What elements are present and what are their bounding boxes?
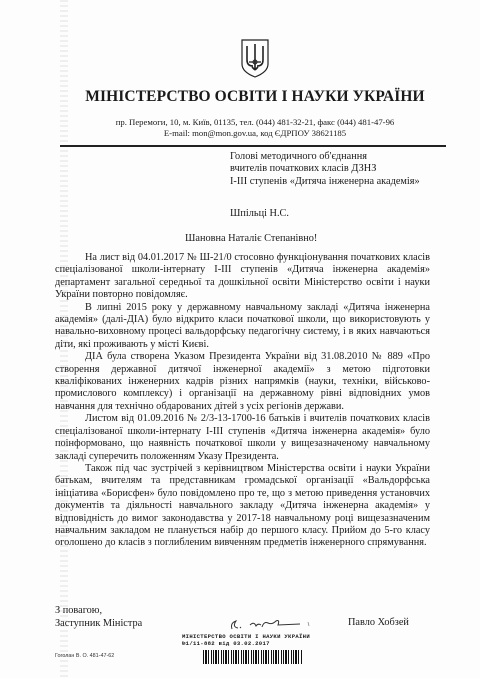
body-paragraph: На лист від 04.01.2017 № Ш-21/0 стосовно…	[55, 252, 430, 302]
addressee-line: Голові методичного об'єднання	[230, 151, 420, 163]
registration-stamp: МІНІСТЕРСТВО ОСВІТИ І НАУКИ УКРАЇНИ №1/1…	[182, 633, 310, 647]
address-line: пр. Перемоги, 10, м. Київ, 01135, тел. (…	[60, 117, 450, 128]
body-paragraph: В липні 2015 року у державному навчально…	[55, 302, 430, 352]
closing-block: З повагою, Заступник Міністра	[55, 604, 142, 630]
signer-position: Заступник Міністра	[55, 617, 142, 630]
ministry-address: пр. Перемоги, 10, м. Київ, 01135, тел. (…	[60, 117, 450, 139]
letter-body: На лист від 04.01.2017 № Ш-21/0 стосовно…	[55, 252, 430, 550]
addressee-line: I-III ступенів «Дитяча інженерна академі…	[230, 176, 420, 188]
addressee-block: Голові методичного об'єднання вчителів п…	[230, 151, 420, 188]
body-paragraph: ДІА була створена Указом Президента Укра…	[55, 351, 430, 413]
body-paragraph: Також під час зустрічей з керівництвом М…	[55, 463, 430, 550]
stamp-number-date: №1/11-882 від 03.02.2017	[182, 640, 310, 647]
ministry-title: МІНІСТЕРСТВО ОСВІТИ І НАУКИ УКРАЇНИ	[60, 88, 450, 106]
handwritten-signature-icon	[228, 615, 318, 633]
salutation: Шановна Наталіє Степанівно!	[185, 233, 317, 244]
regards-text: З повагою,	[55, 604, 142, 617]
header-divider	[60, 145, 446, 147]
executor-note: Гоголан В. О. 481-47-62	[55, 653, 114, 659]
barcode-icon	[203, 650, 303, 664]
trident-coat-of-arms-icon	[240, 38, 270, 78]
contact-line: E-mail: mon@mon.gov.ua, код ЄДРПОУ 38621…	[60, 128, 450, 139]
body-paragraph: Листом від 01.09.2016 № 2/3-13-1700-16 б…	[55, 413, 430, 463]
addressee-line: вчителів початкових класів ДЗНЗ	[230, 163, 420, 175]
stamp-org: МІНІСТЕРСТВО ОСВІТИ І НАУКИ УКРАЇНИ	[182, 633, 310, 640]
letter-page: МІНІСТЕРСТВО ОСВІТИ І НАУКИ УКРАЇНИ пр. …	[0, 0, 480, 678]
addressee-name: Шпільці Н.С.	[230, 208, 289, 219]
signer-name: Павло Хобзей	[348, 617, 409, 628]
